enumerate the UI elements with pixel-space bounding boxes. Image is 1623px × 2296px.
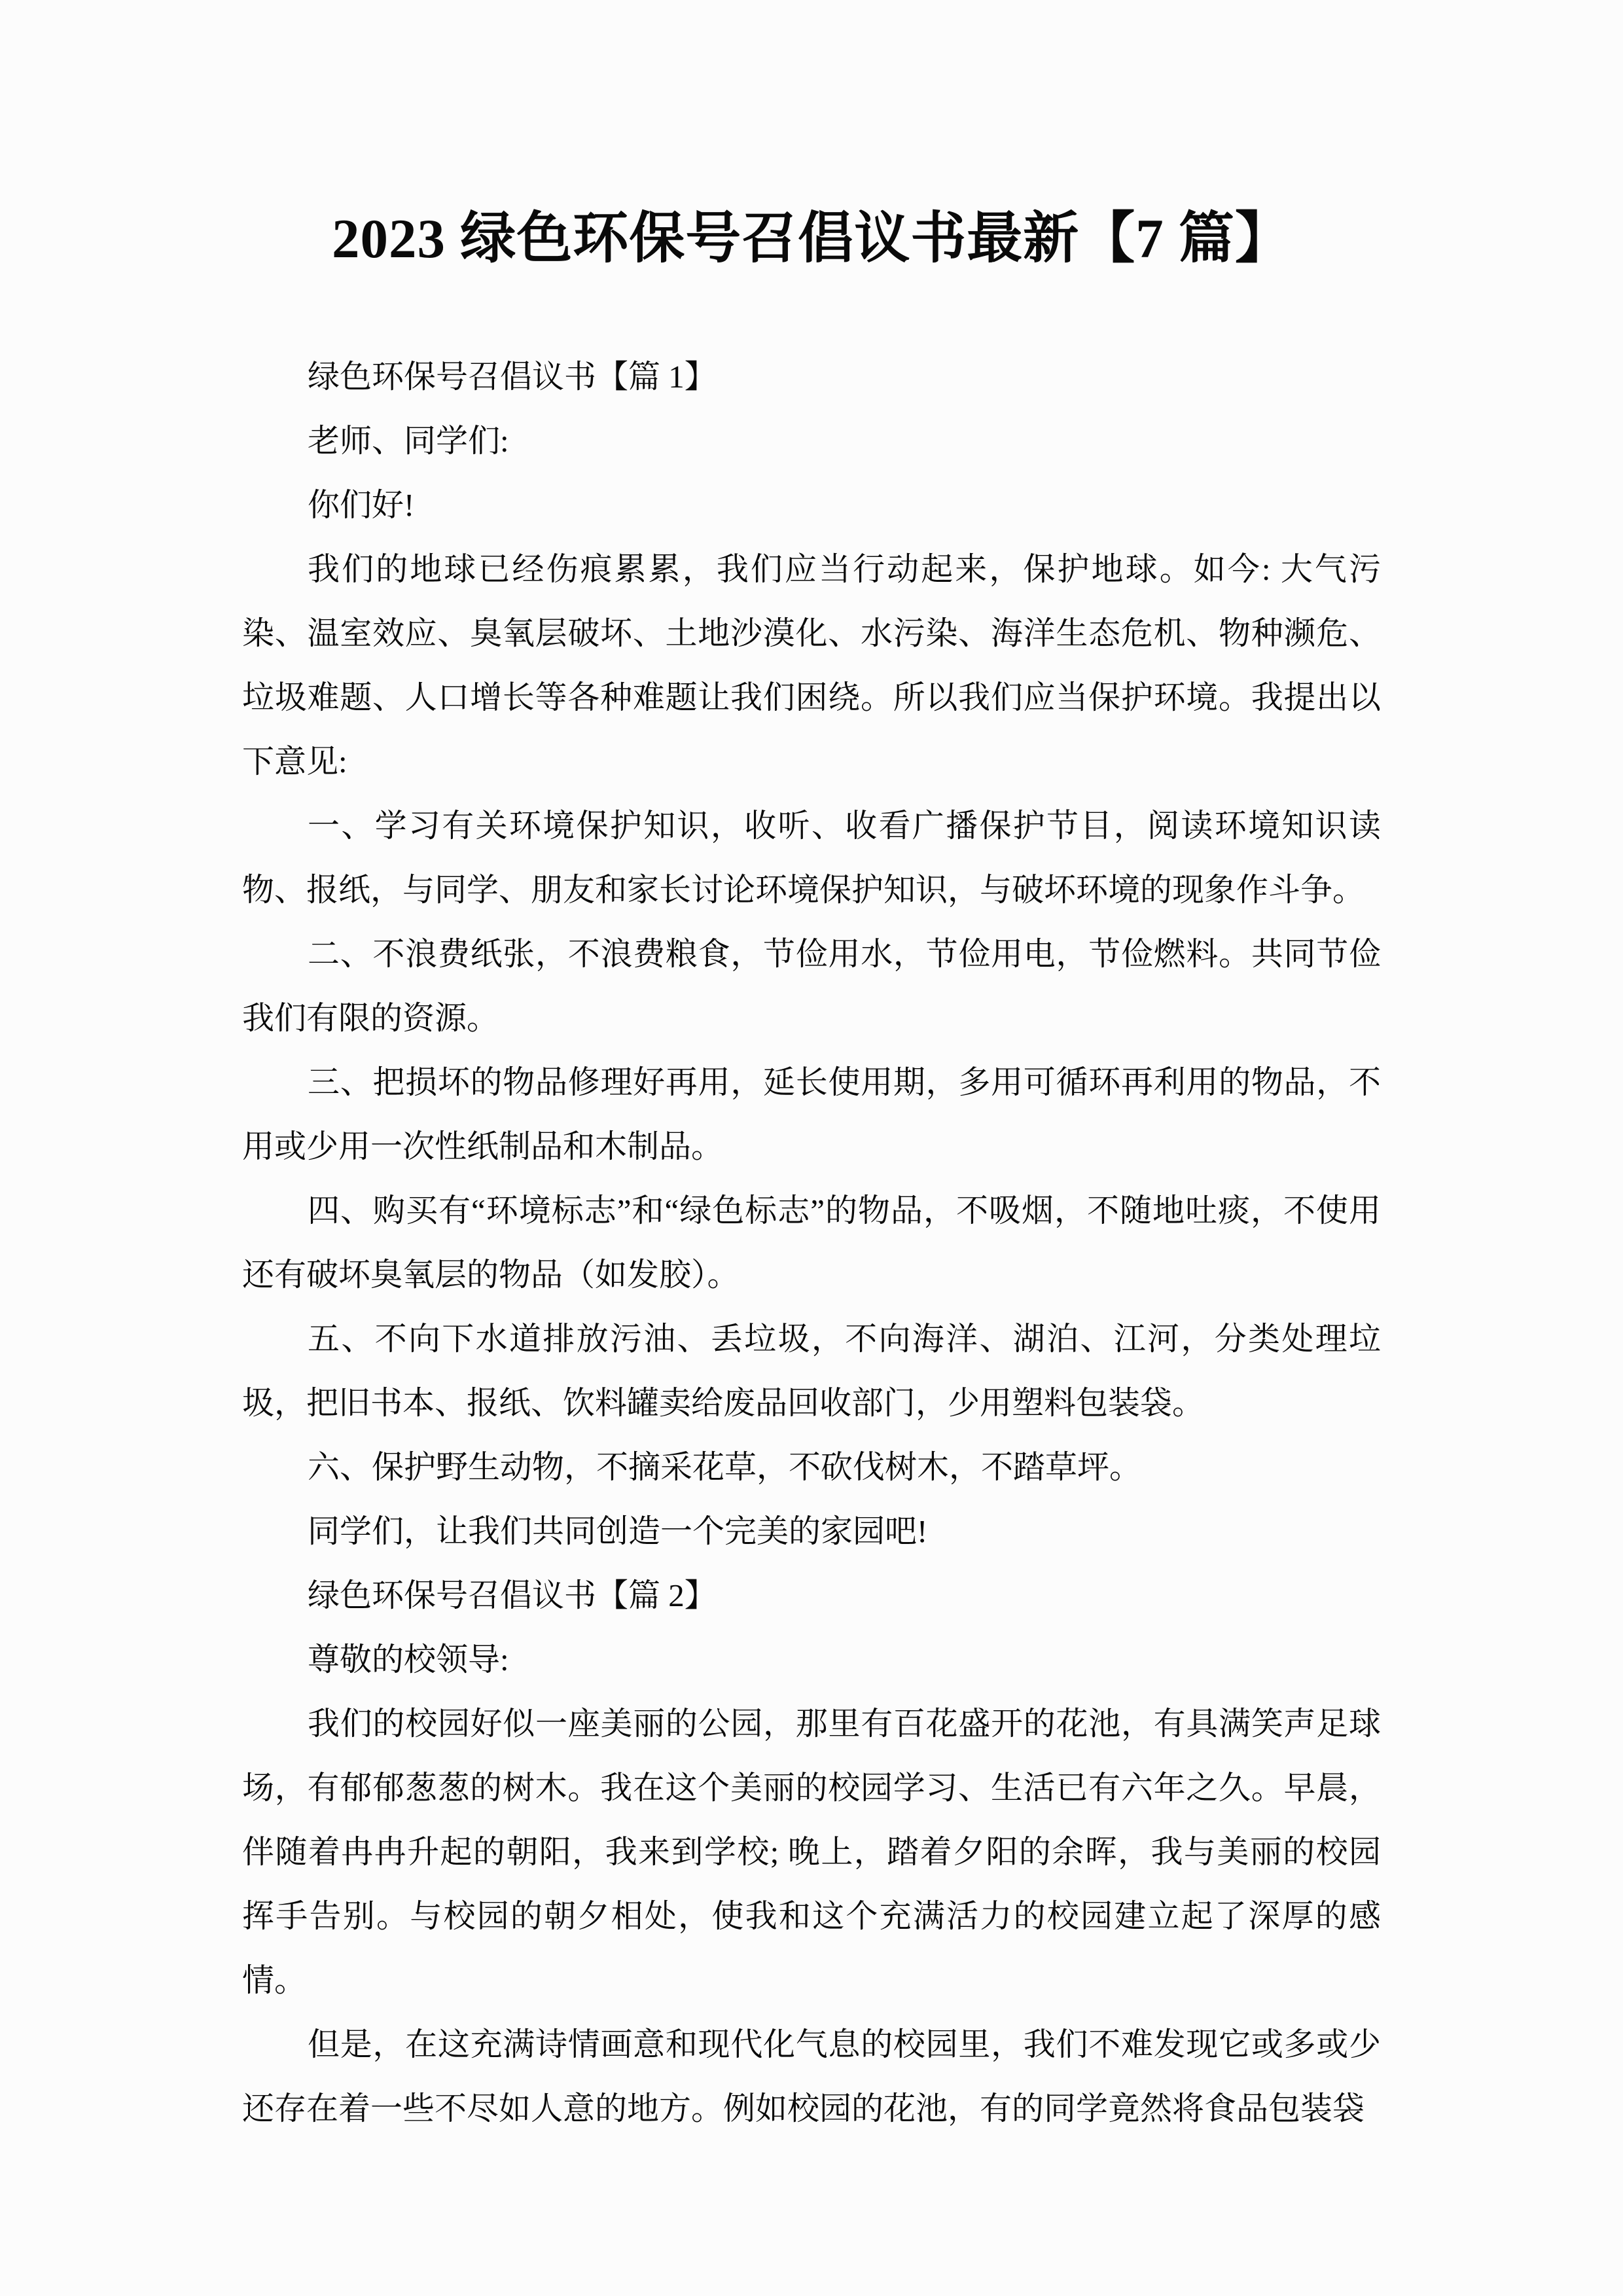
paragraph: 二、不浪费纸张，不浪费粮食，节俭用水，节俭用电，节俭燃料。共同节俭我们有限的资源… — [242, 922, 1381, 1050]
paragraph: 尊敬的校领导: — [242, 1628, 1381, 1692]
paragraph: 老师、同学们: — [242, 409, 1381, 473]
paragraph: 你们好! — [242, 473, 1381, 537]
paragraph: 三、把损坏的物品修理好再用，延长使用期，多用可循环再利用的物品，不用或少用一次性… — [242, 1050, 1381, 1179]
paragraph: 但是，在这充满诗情画意和现代化气息的校园里，我们不难发现它或多或少还存在着一些不… — [242, 2013, 1381, 2141]
paragraph: 一、学习有关环境保护知识，收听、收看广播保护节目，阅读环境知识读物、报纸，与同学… — [242, 794, 1381, 922]
paragraph: 四、购买有“环境标志”和“绿色标志”的物品，不吸烟，不随地吐痰，不使用还有破坏臭… — [242, 1179, 1381, 1307]
paragraph: 我们的校园好似一座美丽的公园，那里有百花盛开的花池，有具满笑声足球场，有郁郁葱葱… — [242, 1692, 1381, 2013]
paragraph: 绿色环保号召倡议书【篇 2】 — [242, 1564, 1381, 1628]
paragraph: 绿色环保号召倡议书【篇 1】 — [242, 345, 1381, 409]
paragraph: 六、保护野生动物，不摘采花草，不砍伐树木，不踏草坪。 — [242, 1435, 1381, 1499]
paragraph: 我们的地球已经伤痕累累，我们应当行动起来，保护地球。如今: 大气污染、温室效应、… — [242, 537, 1381, 794]
document-page: 2023 绿色环保号召倡议书最新【7 篇】 绿色环保号召倡议书【篇 1】老师、同… — [0, 0, 1623, 2296]
paragraph: 五、不向下水道排放污油、丢垃圾，不向海洋、湖泊、江河，分类处理垃圾，把旧书本、报… — [242, 1307, 1381, 1435]
document-body: 绿色环保号召倡议书【篇 1】老师、同学们:你们好!我们的地球已经伤痕累累，我们应… — [242, 345, 1381, 2141]
paragraph: 同学们，让我们共同创造一个完美的家园吧! — [242, 1499, 1381, 1564]
page-title: 2023 绿色环保号召倡议书最新【7 篇】 — [0, 198, 1623, 280]
